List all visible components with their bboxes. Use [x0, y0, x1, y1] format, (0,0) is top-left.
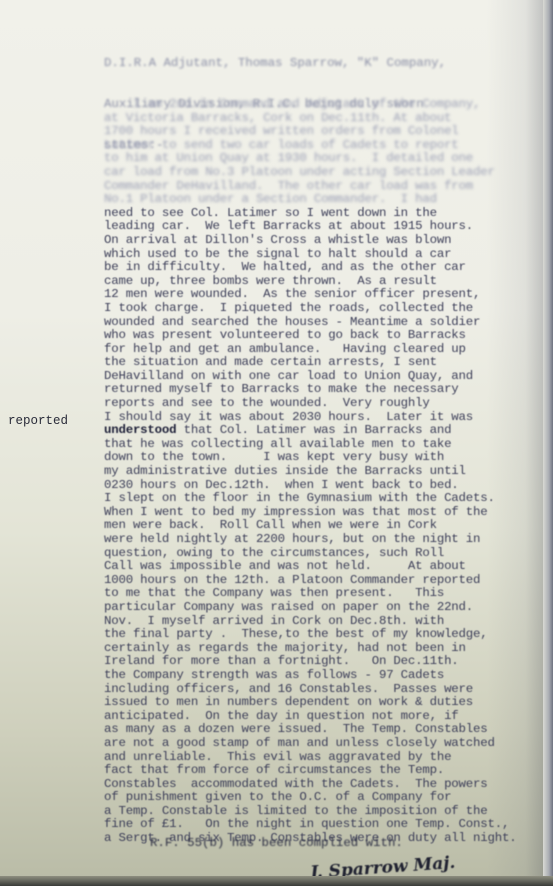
statement-line: I should say it was about 2030 hours. La…	[104, 411, 544, 425]
statement-line: fact that from force of circumstances th…	[104, 764, 544, 778]
statement-line: for help and get an ambulance. Having cl…	[104, 343, 544, 357]
heading-line: D.I.R.A Adjutant, Thomas Sparrow, "K" Co…	[104, 57, 544, 71]
statement-line: certainly as regards the majority, had n…	[104, 642, 544, 656]
statement-line: the situation and made certain arrests, …	[104, 356, 544, 370]
statement-line: Constables accommodated with the Cadets.…	[104, 778, 544, 792]
statement-line: I took charge. I piqueted the roads, col…	[104, 302, 544, 316]
statement-line: to him at Union Quay at 1930 hours. I de…	[104, 152, 544, 166]
statement-line: When I went to bed my impression was tha…	[104, 506, 544, 520]
statement-line: as many as a dozen were issued. The Temp…	[104, 723, 544, 737]
statement-line: returned myself to Barracks to make the …	[104, 383, 544, 397]
statement-line: question, owing to the circumstances, su…	[104, 547, 544, 561]
statement-line: men were back. Roll Call when we were in…	[104, 519, 544, 533]
statement-line: my administrative duties inside the Barr…	[104, 465, 544, 479]
statement-line: car load from No.3 Platoon under acting …	[104, 166, 544, 180]
statement-line: of punishment given to the O.C. of a Com…	[104, 791, 544, 805]
document-page: D.I.R.A Adjutant, Thomas Sparrow, "K" Co…	[0, 0, 553, 886]
statement-line: the Company strength was as follows - 97…	[104, 669, 544, 683]
statement-line: came up, three bombs were thrown. As a r…	[104, 275, 544, 289]
statement-line: Commander DeHavilland. The other car loa…	[104, 180, 544, 194]
statement-line: understood that Col. Latimer was in Barr…	[104, 424, 544, 438]
struck-word: understood	[104, 423, 176, 437]
statement-line: were held nightly at 2200 hours, but on …	[104, 533, 544, 547]
paper-edge	[543, 0, 553, 886]
margin-annotation: reported	[8, 414, 68, 428]
statement-line: a Temp. Constable is limited to the impo…	[104, 805, 544, 819]
closing-note: R.F. 55(b) has been complied with.	[150, 836, 403, 850]
statement-line: I slept on the floor in the Gymnasium wi…	[104, 492, 544, 506]
statement-line: be in difficulty. We halted, and as the …	[104, 261, 544, 275]
statement-line: Call was impossible and was not held. At…	[104, 560, 544, 574]
statement-line: the final party . These,to the best of m…	[104, 628, 544, 642]
statement-line: On arrival at Dillon's Cross a whistle w…	[104, 234, 544, 248]
statement-line: Ireland for more than a fortnight. On De…	[104, 655, 544, 669]
statement-line: down to the town. I was kept very busy w…	[104, 451, 544, 465]
statement-line: and unreliable. This evil was aggravated…	[104, 751, 544, 765]
statement-line: 1700 hours I received written orders fro…	[104, 125, 544, 139]
statement-line: at Victoria Barracks, Cork on Dec.11th. …	[104, 112, 544, 126]
statement-line: need to see Col. Latimer so I went down …	[104, 207, 544, 221]
statement-line: 12 men were wounded. As the senior offic…	[104, 288, 544, 302]
statement-line: to me that the Company was then present.…	[104, 587, 544, 601]
statement-line: Latimer to send two car loads of Cadets …	[104, 139, 544, 153]
statement-line: leading car. We left Barracks at about 1…	[104, 220, 544, 234]
statement-line: anticipated. On the day in question not …	[104, 710, 544, 724]
statement-line: that he was collecting all available men…	[104, 438, 544, 452]
statement-line: including officers, and 16 Constables. P…	[104, 683, 544, 697]
statement-line: particular Company was raised on paper o…	[104, 601, 544, 615]
statement-body: I am 2nd.in Command and Adjutant of the …	[104, 98, 544, 846]
statement-line: who was present volunteered to go back t…	[104, 329, 544, 343]
statement-line: issued to men in numbers dependent on wo…	[104, 696, 544, 710]
statement-line: wounded and searched the houses - Meanti…	[104, 316, 544, 330]
statement-line: which used to be the signal to halt shou…	[104, 248, 544, 262]
statement-line: Nov. I myself arrived in Cork on Dec.8th…	[104, 615, 544, 629]
statement-line: reports and see to the wounded. Very rou…	[104, 397, 544, 411]
statement-line: fine of £1. On the night in question one…	[104, 818, 544, 832]
statement-line: No.1 Platoon under a Section Commander. …	[104, 193, 544, 207]
statement-line: are not a good stamp of man and unless c…	[104, 737, 544, 751]
statement-line: 1000 hours on the 12th. a Platoon Comman…	[104, 574, 544, 588]
statement-line: 0230 hours on Dec.12th. when I went back…	[104, 479, 544, 493]
scan-shadow	[0, 876, 553, 886]
statement-line: DeHavilland on with one car load to Unio…	[104, 370, 544, 384]
statement-line: I am 2nd.in Command and Adjutant of the …	[104, 98, 544, 112]
